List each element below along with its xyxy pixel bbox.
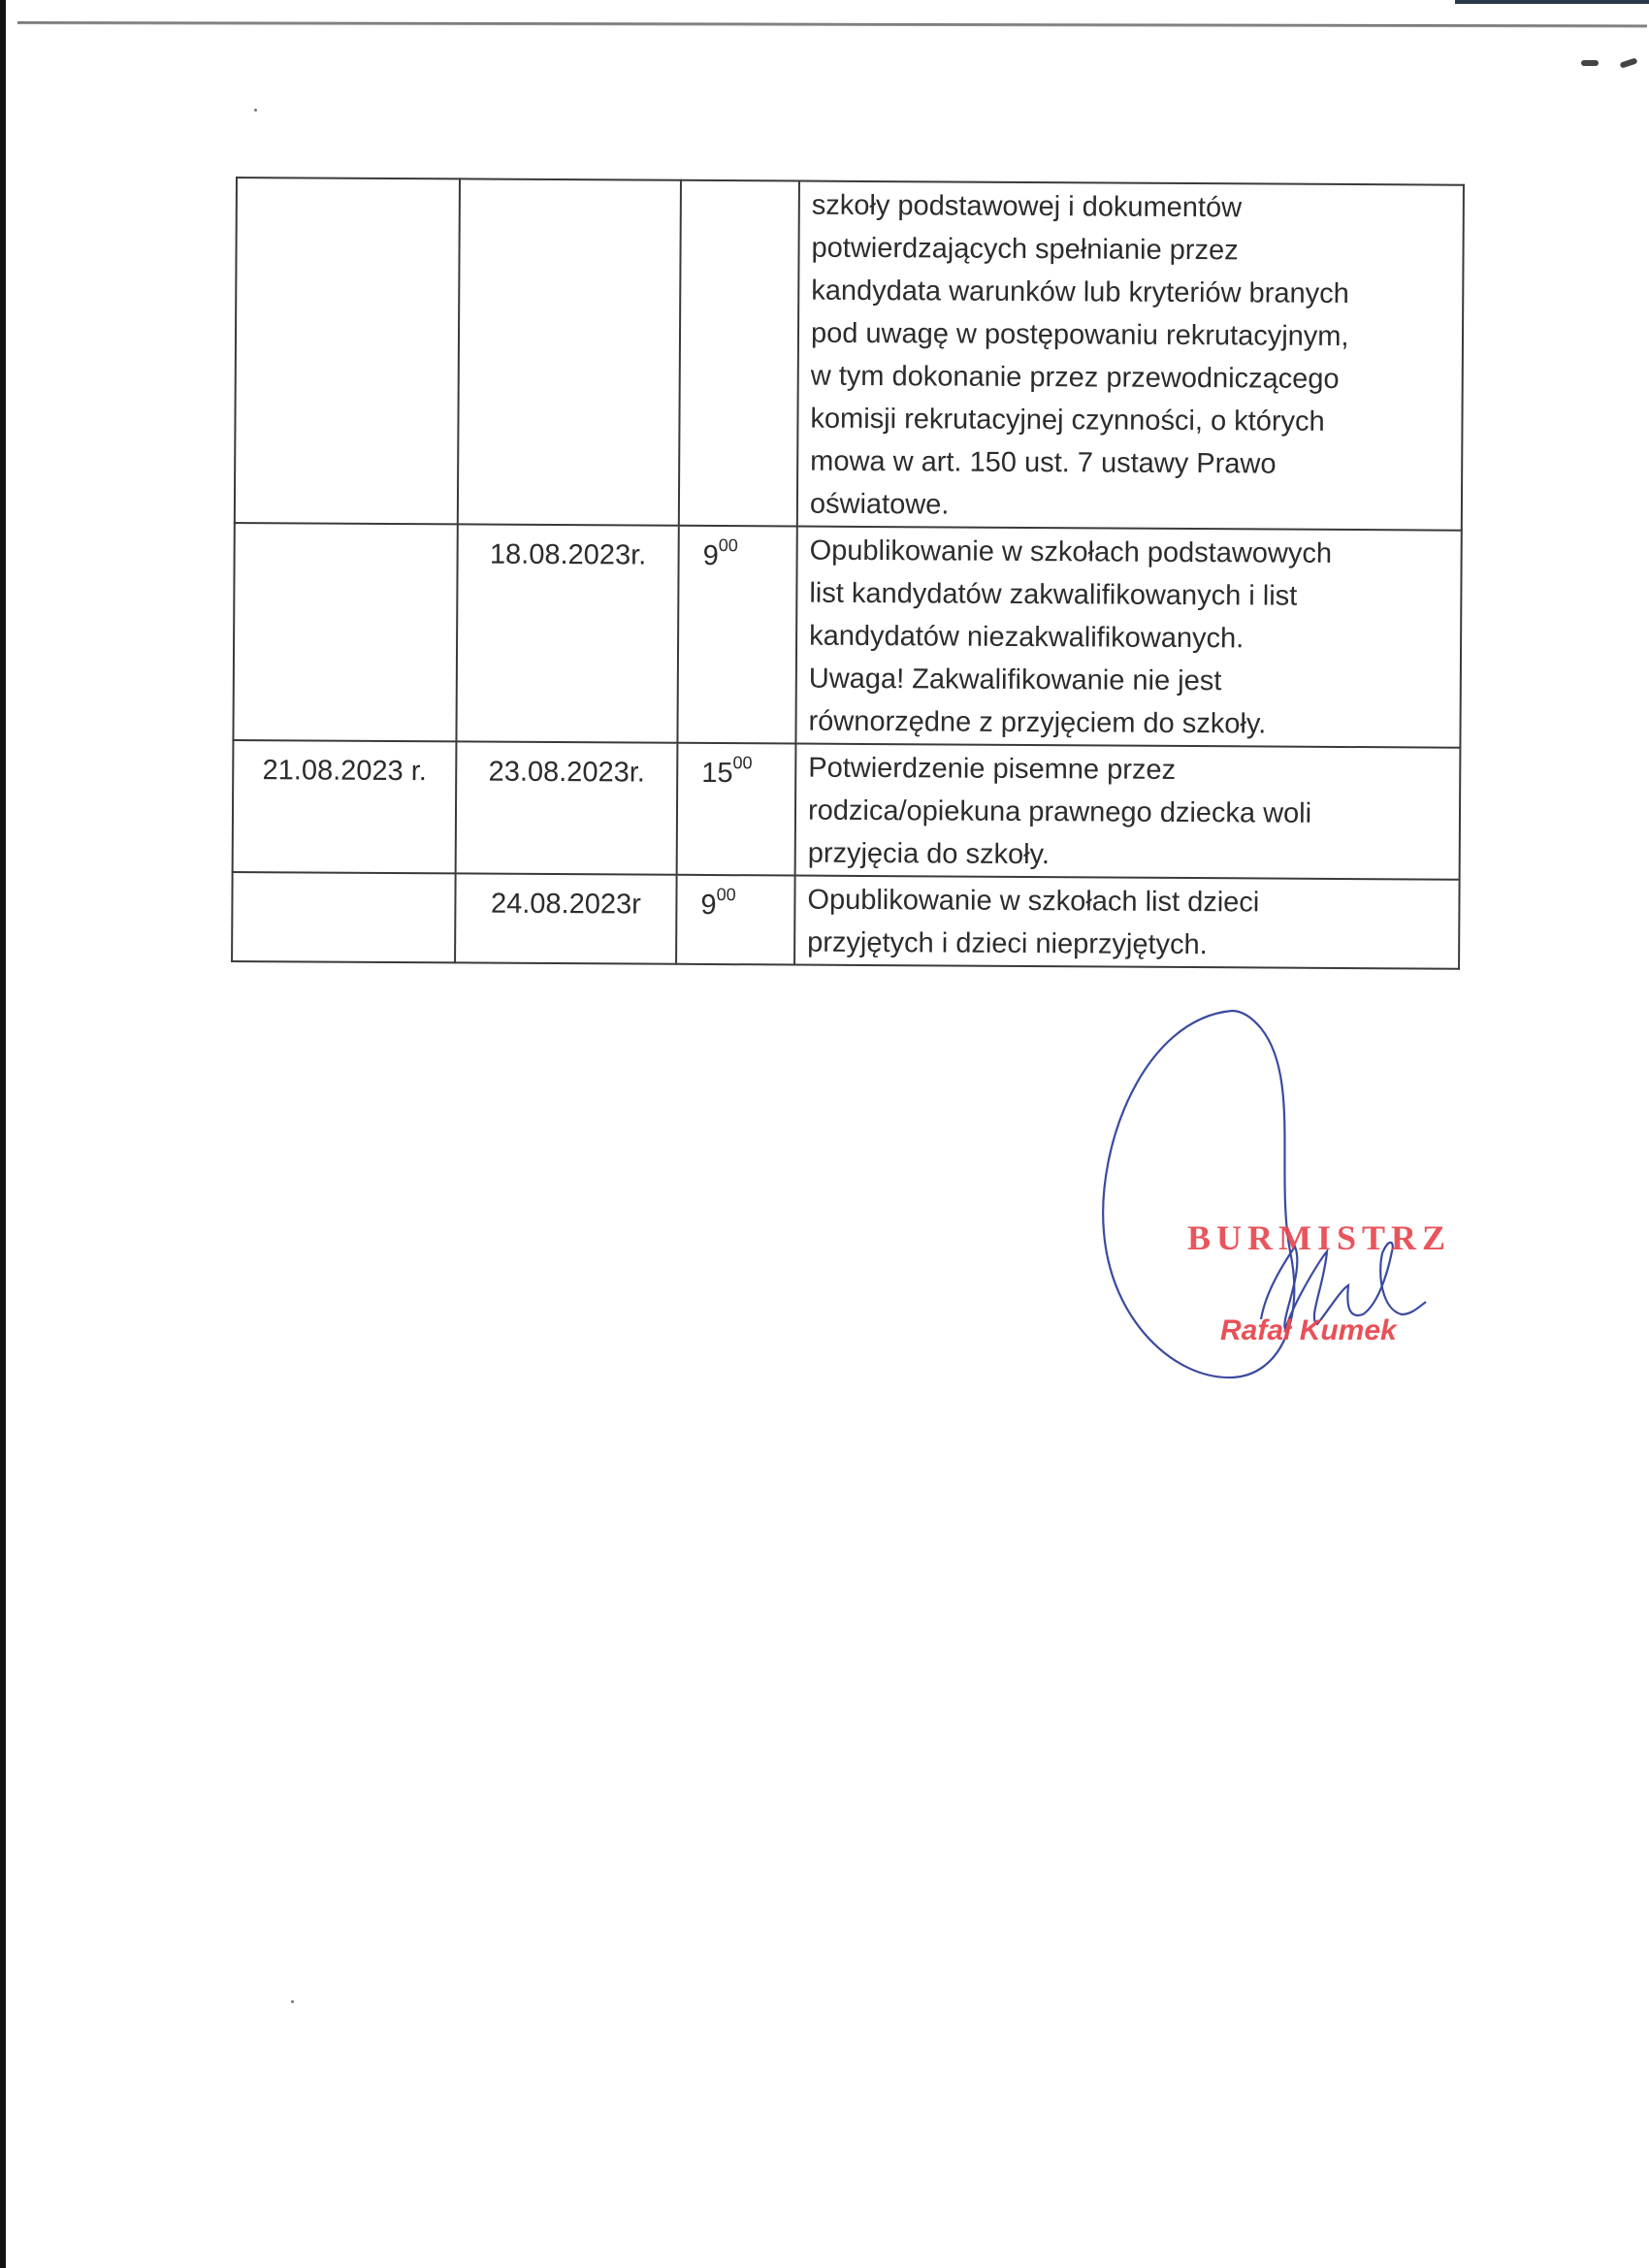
- date-from-cell: 21.08.2023 r.: [233, 740, 457, 873]
- date-from-cell: [232, 872, 456, 962]
- description-line: przyjętych i dzieci nieprzyjętych.: [807, 922, 1448, 968]
- description-line: rodzica/opiekuna prawnego dziecka woli: [808, 790, 1449, 836]
- description-line: pod uwagę w postępowaniu rekrutacyjnym,: [811, 312, 1452, 359]
- date-to-cell: 23.08.2023r.: [456, 741, 678, 874]
- description-cell: szkoły podstawowej i dokumentówpotwierdz…: [797, 181, 1464, 531]
- date-from-cell: [235, 178, 460, 524]
- date-to-cell: 18.08.2023r.: [456, 524, 678, 742]
- scan-top-rule: [17, 21, 1647, 28]
- table-row: 21.08.2023 r.23.08.2023r.1500Potwierdzen…: [233, 740, 1461, 880]
- description-line: kandydatów niezakwalifikowanych.: [809, 615, 1450, 662]
- table-row: szkoły podstawowej i dokumentówpotwierdz…: [235, 178, 1464, 531]
- scan-left-edge: [0, 0, 6, 2268]
- stamp-title: BURMISTRZ: [1187, 1217, 1451, 1258]
- date-from-cell: [233, 523, 457, 741]
- table-row: 24.08.2023r900Opublikowanie w szkołach l…: [232, 872, 1460, 969]
- scan-punch-marks: [1581, 60, 1637, 66]
- scan-speck: [254, 109, 257, 112]
- description-cell: Potwierdzenie pisemne przezrodzica/opiek…: [795, 744, 1461, 880]
- time-cell: 1500: [677, 743, 796, 876]
- time-minutes: 00: [733, 753, 753, 772]
- description-line: mowa w art. 150 ust. 7 ustawy Prawo: [810, 440, 1451, 487]
- recruitment-schedule-table: szkoły podstawowej i dokumentówpotwierdz…: [231, 177, 1465, 970]
- description-line: szkoły podstawowej i dokumentów: [812, 184, 1453, 231]
- description-line: Opublikowanie w szkołach list dzieci: [807, 879, 1448, 925]
- description-line: potwierdzających spełnianie przez: [811, 227, 1452, 274]
- date-to-cell: [458, 178, 681, 525]
- time-hour: 9: [700, 890, 716, 921]
- description-line: oświatowe.: [810, 483, 1451, 530]
- description-line: w tym dokonanie przez przewodniczącego: [811, 355, 1452, 402]
- description-cell: Opublikowanie w szkołach list dzieciprzy…: [794, 876, 1460, 969]
- description-line: Potwierdzenie pisemne przez: [808, 747, 1449, 794]
- description-line: przyjęcia do szkoły.: [808, 832, 1449, 879]
- stamp-name: Rafał Kumek: [1220, 1314, 1397, 1347]
- scan-top-right-artifact: [1455, 0, 1649, 4]
- time-hour: 9: [703, 540, 719, 571]
- description-cell: Opublikowanie w szkołach podstawowychlis…: [795, 527, 1461, 748]
- time-minutes: 00: [719, 535, 738, 555]
- description-line: komisji rekrutacyjnej czynności, o który…: [810, 398, 1451, 444]
- time-minutes: 00: [717, 885, 736, 904]
- time-cell: 900: [676, 875, 795, 965]
- description-line: Uwaga! Zakwalifikowanie nie jest: [809, 658, 1450, 704]
- description-line: równorzędne z przyjęciem do szkoły.: [808, 700, 1449, 747]
- description-line: kandydata warunków lub kryteriów branych: [811, 270, 1452, 316]
- table-row: 18.08.2023r.900Opublikowanie w szkołach …: [233, 523, 1461, 748]
- signature-block: BURMISTRZ Rafał Kumek: [1086, 999, 1513, 1387]
- time-cell: 900: [677, 526, 796, 744]
- time-hour: 15: [701, 758, 732, 789]
- description-line: Opublikowanie w szkołach podstawowych: [810, 530, 1451, 576]
- scan-speck: [291, 2000, 294, 2003]
- date-to-cell: 24.08.2023r: [455, 873, 677, 963]
- time-cell: [679, 180, 799, 527]
- description-line: list kandydatów zakwalifikowanych i list: [809, 572, 1450, 619]
